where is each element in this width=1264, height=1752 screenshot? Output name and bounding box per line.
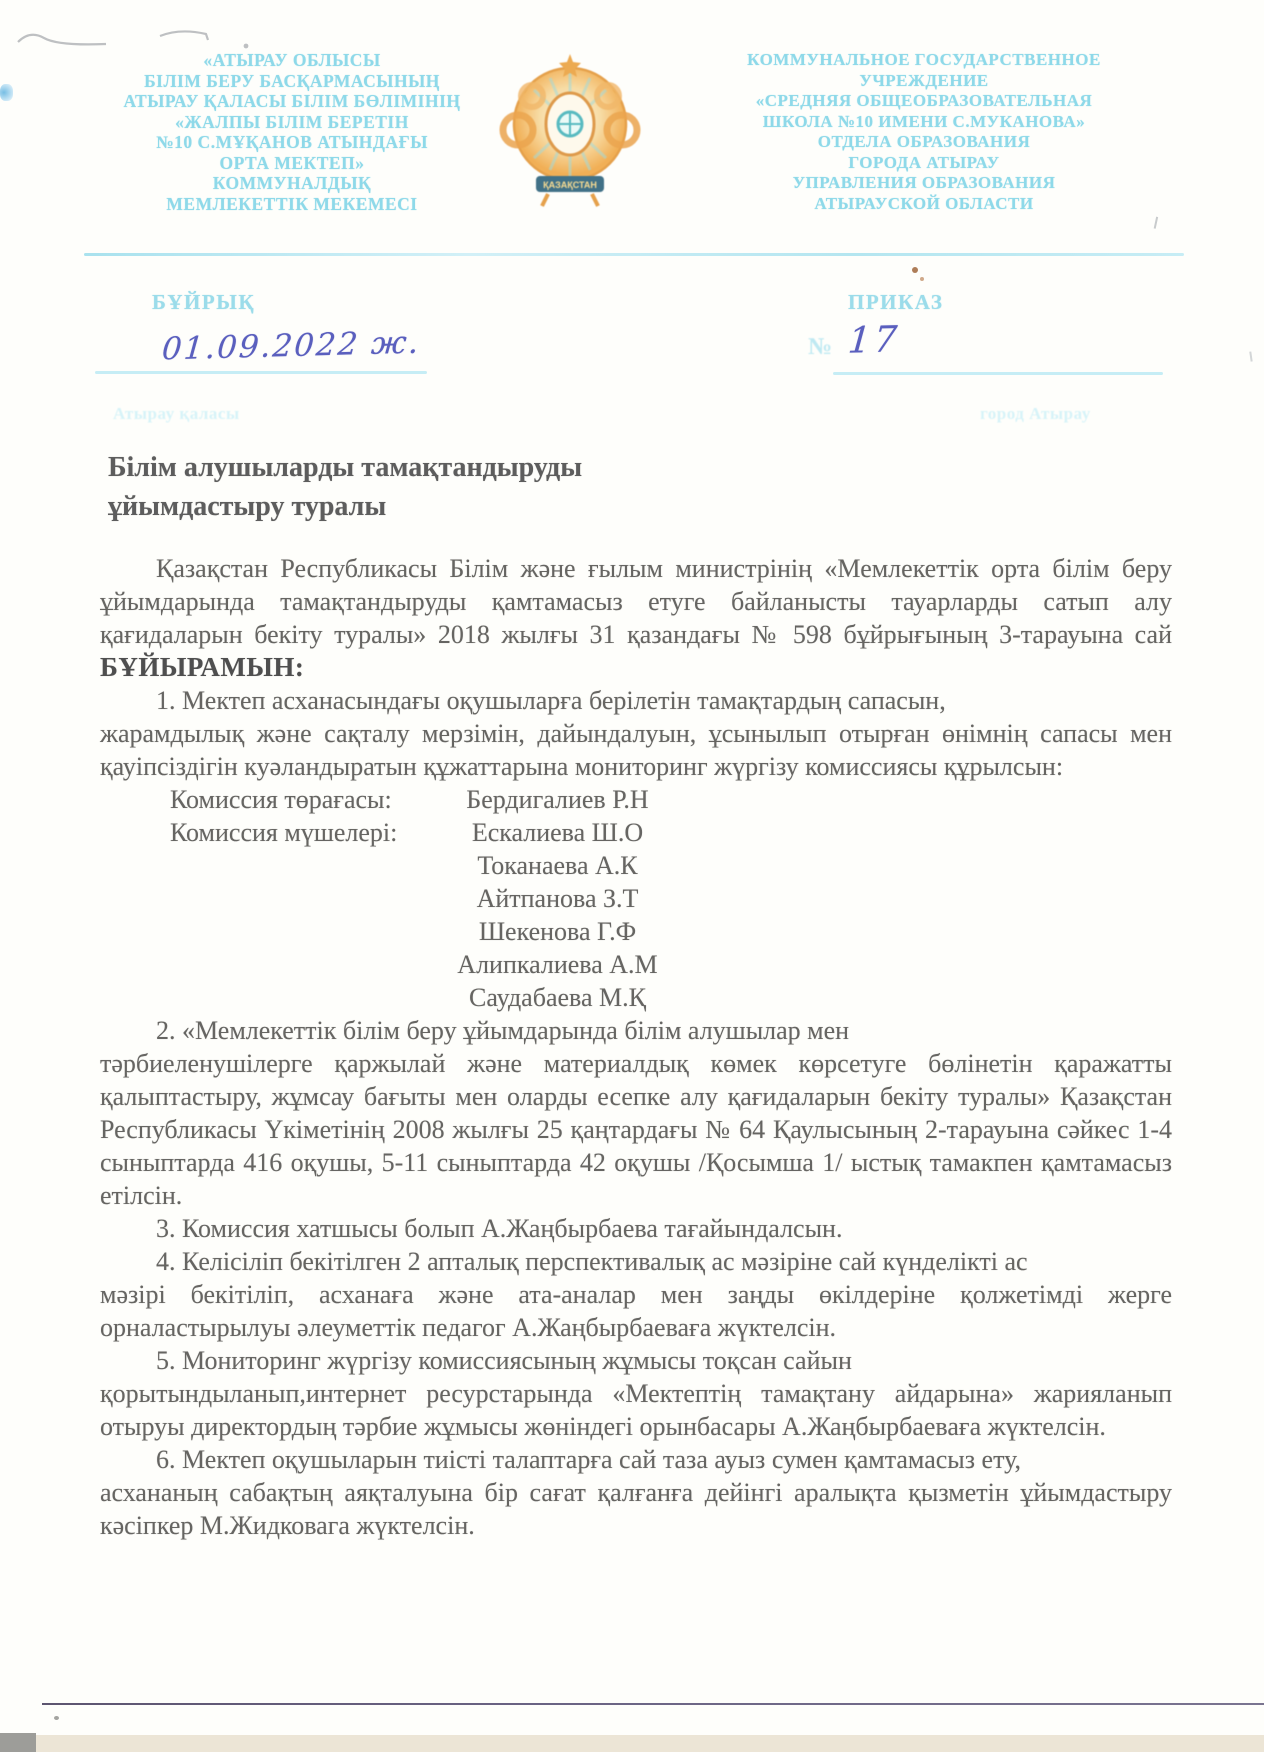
scan-speck bbox=[920, 277, 924, 281]
header-kazakh-organization: «АТЫРАУ ОБЛЫСЫ БІЛІМ БЕРУ БАСҚАРМАСЫНЫҢ … bbox=[88, 50, 496, 214]
emblem-banner-text: ҚАЗАҚСТАН bbox=[543, 180, 597, 190]
commission-members-row: Токанаева А.К bbox=[100, 849, 1172, 882]
paragraph-item-6: 6. Мектеп оқушыларын тиісті талаптарға с… bbox=[100, 1443, 1172, 1542]
place-name-russian: город Атырау bbox=[980, 404, 1091, 424]
header-right-line: ОТДЕЛА ОБРАЗОВАНИЯ bbox=[700, 132, 1148, 153]
commission-members-row: Шекенова Г.Ф bbox=[100, 915, 1172, 948]
commission-chair-name: Бердигалиев Р.Н bbox=[425, 783, 690, 816]
header-right-line: УЧРЕЖДЕНИЕ bbox=[700, 71, 1148, 92]
commission-members-row: Комиссия мүшелері:Ескалиева Ш.О bbox=[100, 816, 1172, 849]
paragraph-item-2: 2. «Мемлекеттік білім беру ұйымдарында б… bbox=[100, 1014, 1172, 1212]
commission-member-name: Шекенова Г.Ф bbox=[425, 915, 690, 948]
kazakhstan-coat-of-arms-icon: ҚАЗАҚСТАН bbox=[488, 50, 652, 214]
header-right-line: ШКОЛА №10 ИМЕНИ С.МУКАНОВА» bbox=[700, 112, 1148, 133]
paragraph-item-4: 4. Келісіліп бекітілген 2 апталық перспе… bbox=[100, 1245, 1172, 1344]
header-separator-line bbox=[84, 253, 1184, 256]
commission-members-label: Комиссия мүшелері: bbox=[170, 816, 425, 849]
commission-members-row: Саудабаева М.Қ bbox=[100, 981, 1172, 1014]
document-title: Білім алушыларды тамақтандыруды ұйымдаст… bbox=[108, 448, 808, 526]
header-right-line: ГОРОДА АТЫРАУ bbox=[700, 153, 1148, 174]
number-underline bbox=[833, 372, 1163, 375]
header-right-line: АТЫРАУСКОЙ ОБЛАСТИ bbox=[700, 194, 1148, 215]
scan-edge-line bbox=[42, 1703, 1264, 1705]
paragraph-item-3: 3. Комиссия хатшысы болып А.Жаңбырбаева … bbox=[100, 1212, 1172, 1245]
scan-speck bbox=[1147, 215, 1158, 229]
commission-chair-label: Комиссия төрағасы: bbox=[170, 783, 425, 816]
scan-speck bbox=[1243, 351, 1252, 362]
header-left-line: №10 С.МҰҚАНОВ АТЫНДАҒЫ bbox=[88, 132, 496, 153]
commission-chair-row: Комиссия төрағасы:Бердигалиев Р.Н bbox=[100, 783, 1172, 816]
paragraph-item-5: 5. Мониторинг жүргізу комиссиясының жұмы… bbox=[100, 1344, 1172, 1443]
commission-member-name: Саудабаева М.Қ bbox=[425, 981, 690, 1014]
order-label-kazakh: БҰЙРЫҚ bbox=[152, 290, 255, 315]
order-verb-bold: БҰЙЫРАМЫН: bbox=[100, 652, 304, 682]
document-title-line1: Білім алушыларды тамақтандыруды bbox=[108, 448, 808, 487]
scan-edge-strip bbox=[0, 1735, 1264, 1752]
header-right-line: КОММУНАЛЬНОЕ ГОСУДАРСТВЕННОЕ bbox=[700, 50, 1148, 71]
header-right-line: УПРАВЛЕНИЯ ОБРАЗОВАНИЯ bbox=[700, 173, 1148, 194]
header-right-line: «СРЕДНЯЯ ОБЩЕОБРАЗОВАТЕЛЬНАЯ bbox=[700, 91, 1148, 112]
scan-corner-shadow bbox=[0, 1733, 36, 1752]
commission-members-row: Айтпанова З.Т bbox=[100, 882, 1172, 915]
paragraph-item-1: 1. Мектеп асханасындағы оқушыларға беріл… bbox=[100, 684, 1172, 783]
header-left-line: АТЫРАУ ҚАЛАСЫ БІЛІМ БӨЛІМІНІҢ bbox=[88, 91, 496, 112]
commission-member-name: Ескалиева Ш.О bbox=[425, 816, 690, 849]
order-label-russian: ПРИКАЗ bbox=[848, 290, 943, 315]
document-title-line2: ұйымдастыру туралы bbox=[108, 487, 808, 526]
scan-speck bbox=[54, 1716, 59, 1720]
header-left-line: «АТЫРАУ ОБЛЫСЫ bbox=[88, 50, 496, 71]
header-left-line: КОММУНАЛДЫҚ bbox=[88, 173, 496, 194]
commission-members-row: Алипкалиева А.М bbox=[100, 948, 1172, 981]
handwritten-date: 01.09.2022 ж. bbox=[161, 325, 422, 368]
preamble-text: Қазақстан Республикасы Білім және ғылым … bbox=[100, 554, 1172, 649]
scan-speck bbox=[912, 267, 918, 273]
blue-ink-smudge bbox=[0, 84, 13, 101]
document-body: Қазақстан Республикасы Білім және ғылым … bbox=[100, 552, 1172, 1542]
header-left-line: «ЖАЛПЫ БІЛІМ БЕРЕТІН bbox=[88, 112, 496, 133]
commission-member-name: Алипкалиева А.М bbox=[425, 948, 690, 981]
date-underline bbox=[95, 371, 427, 374]
commission-member-name: Токанаева А.К bbox=[425, 849, 690, 882]
paragraph-preamble: Қазақстан Республикасы Білім және ғылым … bbox=[100, 552, 1172, 684]
header-russian-organization: КОММУНАЛЬНОЕ ГОСУДАРСТВЕННОЕ УЧРЕЖДЕНИЕ … bbox=[700, 50, 1148, 214]
header-left-line: ОРТА МЕКТЕП» bbox=[88, 153, 496, 174]
place-name-kazakh: Атырау қаласы bbox=[113, 404, 240, 424]
header-left-line: МЕМЛЕКЕТТІК МЕКЕМЕСІ bbox=[88, 194, 496, 215]
scanned-order-document: «АТЫРАУ ОБЛЫСЫ БІЛІМ БЕРУ БАСҚАРМАСЫНЫҢ … bbox=[0, 0, 1264, 1752]
number-sign: № bbox=[808, 334, 832, 361]
handwritten-order-number: 17 bbox=[846, 319, 901, 361]
header-left-line: БІЛІМ БЕРУ БАСҚАРМАСЫНЫҢ bbox=[88, 71, 496, 92]
commission-member-name: Айтпанова З.Т bbox=[425, 882, 690, 915]
